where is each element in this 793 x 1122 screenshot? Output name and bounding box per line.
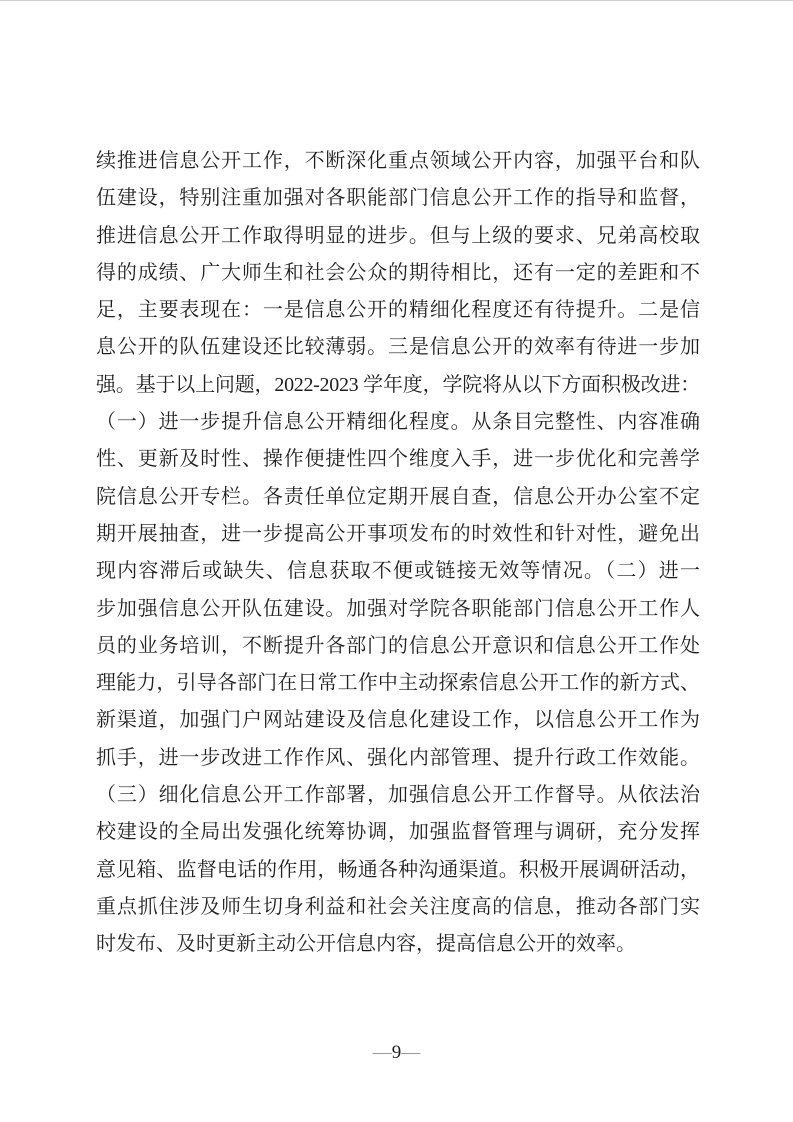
text-line: 期开展抽查，进一步提高公开事项发布的时效性和针对性，避免出: [96, 516, 700, 553]
text-line: 性、更新及时性、操作便捷性四个维度入手，进一步优化和完善学: [96, 441, 700, 478]
text-line: 足，主要表现在：一是信息公开的精细化程度还有待提升。二是信: [96, 292, 700, 329]
text-line: 校建设的全局出发强化统筹协调，加强监督管理与调研，充分发挥: [96, 814, 700, 851]
text-line: 伍建设，特别注重加强对各职能部门信息公开工作的指导和监督，: [96, 180, 700, 217]
text-line: （一）进一步提升信息公开精细化程度。从条目完整性、内容准确: [96, 404, 700, 441]
text-line: 现内容滞后或缺失、信息获取不便或链接无效等情况。（二）进一: [96, 553, 700, 590]
text-line: 续推进信息公开工作，不断深化重点领域公开内容，加强平台和队: [96, 143, 700, 180]
body-text: 续推进信息公开工作，不断深化重点领域公开内容，加强平台和队 伍建设，特别注重加强…: [96, 143, 700, 964]
text-line: 息公开的队伍建设还比较薄弱。三是信息公开的效率有待进一步加: [96, 329, 700, 366]
page-number-dash-right: —: [401, 1042, 420, 1063]
page-number-dash-left: —: [373, 1042, 392, 1063]
text-line: 意见箱、监督电话的作用，畅通各种沟通渠道。积极开展调研活动，: [96, 852, 700, 889]
text-line: 得的成绩、广大师生和社会公众的期待相比，还有一定的差距和不: [96, 255, 700, 292]
text-line: 重点抓住涉及师生切身利益和社会关注度高的信息，推动各部门实: [96, 889, 700, 926]
document-page: 续推进信息公开工作，不断深化重点领域公开内容，加强平台和队 伍建设，特别注重加强…: [0, 0, 793, 1122]
text-line: 员的业务培训，不断提升各部门的信息公开意识和信息公开工作处: [96, 628, 700, 665]
text-line: 院信息公开专栏。各责任单位定期开展自查，信息公开办公室不定: [96, 479, 700, 516]
text-line: （三）细化信息公开工作部署，加强信息公开工作督导。从依法治: [96, 777, 700, 814]
text-line: 强。基于以上问题，2022-2023 学年度，学院将从以下方面积极改进：: [96, 367, 700, 404]
page-footer: —9—: [0, 1042, 793, 1064]
text-line: 抓手，进一步改进工作作风、强化内部管理、提升行政工作效能。: [96, 740, 700, 777]
text-line: 新渠道，加强门户网站建设及信息化建设工作，以信息公开工作为: [96, 702, 700, 739]
text-line: 步加强信息公开队伍建设。加强对学院各职能部门信息公开工作人: [96, 591, 700, 628]
page-number: 9: [392, 1042, 402, 1063]
text-line: 时发布、及时更新主动公开信息内容，提高信息公开的效率。: [96, 926, 700, 963]
text-line: 推进信息公开工作取得明显的进步。但与上级的要求、兄弟高校取: [96, 218, 700, 255]
text-line: 理能力，引导各部门在日常工作中主动探索信息公开工作的新方式、: [96, 665, 700, 702]
